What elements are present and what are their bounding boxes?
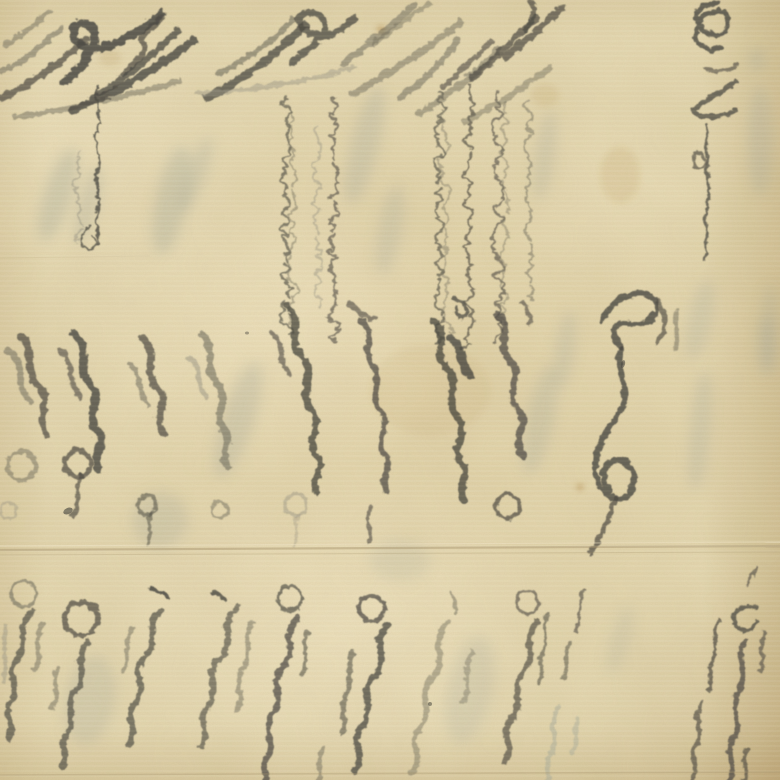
calligraphy-svg: [0, 0, 780, 780]
paper-grain-overlay: [0, 0, 780, 780]
manuscript-photo: [0, 0, 780, 780]
